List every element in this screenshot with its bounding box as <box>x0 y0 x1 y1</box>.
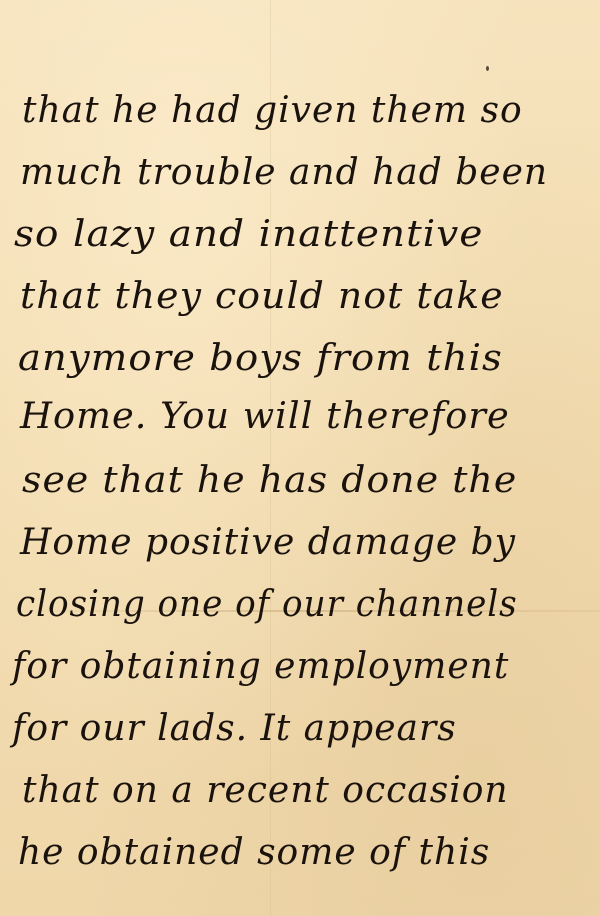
handwritten-line-5: anymore boys from this <box>18 338 503 379</box>
handwritten-line-1: that he had given them so <box>22 90 523 131</box>
handwritten-line-9: closing one of our channels <box>16 584 518 625</box>
handwritten-line-6: Home. You will therefore <box>20 396 510 437</box>
handwritten-line-12: that on a recent occasion <box>22 770 509 811</box>
handwritten-line-3: so lazy and inattentive <box>14 214 483 255</box>
handwritten-line-7: see that he has done the <box>22 460 517 501</box>
handwritten-line-8: Home positive damage by <box>20 522 516 563</box>
letter-page: that he had given them so much trouble a… <box>0 0 600 916</box>
handwritten-line-10: for obtaining employment <box>12 646 509 687</box>
ink-speck <box>486 66 489 71</box>
handwritten-line-13: he obtained some of this <box>18 832 490 873</box>
handwritten-line-11: for our lads. It appears <box>12 708 457 749</box>
handwritten-line-4: that they could not take <box>20 276 504 317</box>
handwritten-line-2: much trouble and had been <box>20 152 548 193</box>
